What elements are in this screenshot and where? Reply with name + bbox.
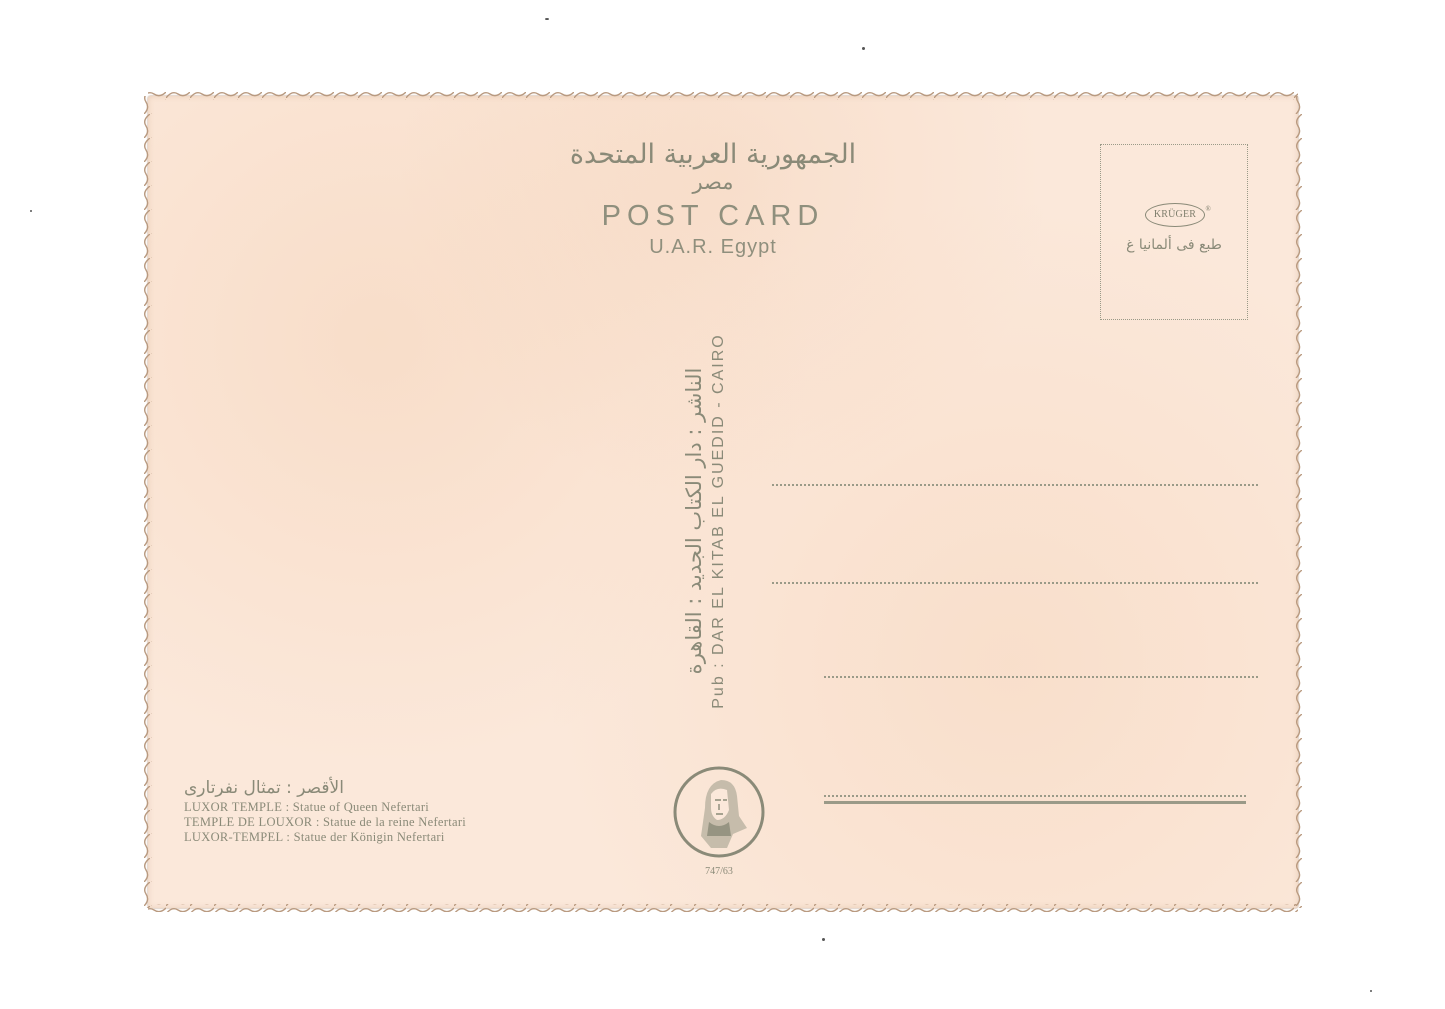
photo-caption: الأقصر : تمثال نفرتارى LUXOR TEMPLE : St… <box>184 776 614 845</box>
scan-speck <box>1370 990 1372 992</box>
arabic-country-title: الجمهورية العربية المتحدة <box>558 138 868 172</box>
address-line-2 <box>772 582 1258 584</box>
caption-line-german: LUXOR-TEMPEL : Statue der Königin Nefert… <box>184 830 614 845</box>
postcard-back: الجمهورية العربية المتحدة مصر POST CARD … <box>148 96 1298 908</box>
scan-speck <box>545 18 549 20</box>
address-line-3 <box>824 676 1258 678</box>
catalog-number: 747/63 <box>669 866 769 877</box>
scan-speck <box>30 210 32 212</box>
address-line-4 <box>824 795 1246 797</box>
caption-line-french: TEMPLE DE LOUXOR : Statue de la reine Ne… <box>184 815 614 830</box>
address-line-1 <box>772 484 1258 486</box>
sphinx-head-icon <box>671 764 767 860</box>
publisher-divider: الناشر : دار الكتاب الجديد : القاهرة Pub… <box>680 301 740 741</box>
scan-speck <box>822 938 825 941</box>
address-underline <box>824 801 1246 804</box>
arabic-country-subtitle: مصر <box>558 170 868 194</box>
postcard-header: الجمهورية العربية المتحدة مصر POST CARD … <box>558 138 868 260</box>
publisher-logo: 747/63 <box>669 764 769 877</box>
kruger-brand-logo: KRÜGER® <box>1145 203 1205 227</box>
printed-in-germany: طبع فى ألمانيا غ <box>1109 237 1239 253</box>
publisher-english: Pub : DAR EL KITAB EL GUEDID - CAIRO <box>708 301 730 741</box>
caption-arabic: الأقصر : تمثال نفرتارى <box>184 776 614 800</box>
scan-speck <box>862 47 865 50</box>
stamp-box: KRÜGER® طبع فى ألمانيا غ <box>1100 144 1248 320</box>
caption-line-english: LUXOR TEMPLE : Statue of Queen Nefertari <box>184 800 614 815</box>
publisher-arabic: الناشر : دار الكتاب الجديد : القاهرة <box>680 301 708 741</box>
country-subtitle: U.A.R. Egypt <box>558 234 868 260</box>
post-card-title: POST CARD <box>558 198 868 234</box>
